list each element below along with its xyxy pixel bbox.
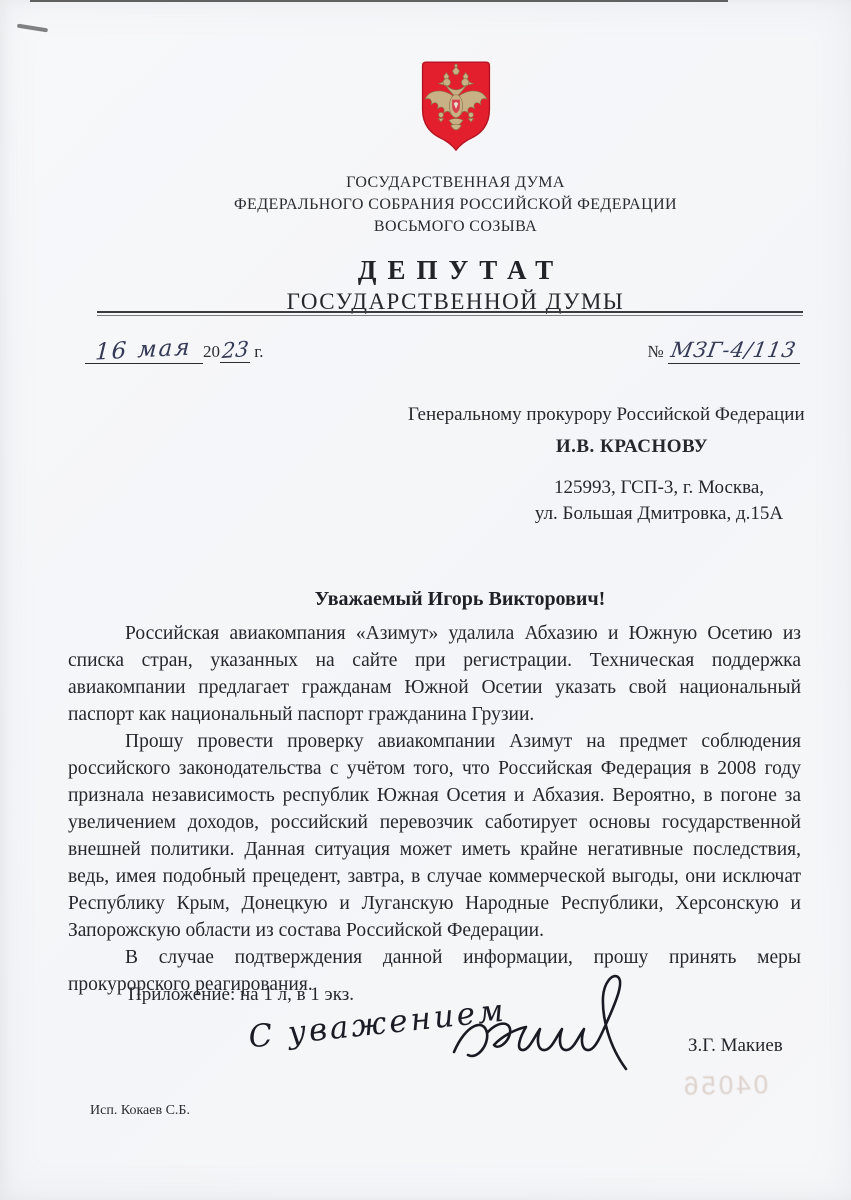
date-underline: 16 мая (85, 337, 203, 364)
org-name-block: ГОСУДАРСТВЕННАЯ ДУМА ФЕДЕРАЛЬНОГО СОБРАН… (30, 172, 851, 238)
date-suffix: г. (254, 342, 263, 361)
date-field: 16 мая2023 г. (85, 337, 264, 364)
number-label: № (648, 342, 664, 361)
handwritten-year: 23 (221, 337, 249, 363)
org-line-2: ФЕДЕРАЛЬНОГО СОБРАНИЯ РОССИЙСКОЙ ФЕДЕРАЦ… (30, 194, 851, 216)
letterhead: ГОСУДАРСТВЕННАЯ ДУМА ФЕДЕРАЛЬНОГО СОБРАН… (30, 60, 851, 315)
signature-flourish-icon (438, 972, 663, 1080)
year-underline: 23 (220, 338, 250, 363)
scan-artifact-corner-mark (17, 24, 48, 32)
letterhead-title: ДЕПУТАТ (30, 255, 851, 286)
attachment-note: Приложение: на 1 л, в 1 экз. (128, 984, 354, 1006)
executor-note: Исп. Кокаев С.Б. (90, 1103, 190, 1119)
org-line-1: ГОСУДАРСТВЕННАЯ ДУМА (30, 172, 851, 194)
recipient-address-line-2: ул. Большая Дмитровка, д.15А (518, 501, 800, 527)
letterhead-divider-rule (97, 311, 803, 316)
salutation: Уважаемый Игорь Викторович! (120, 588, 800, 611)
recipient-name: И.В. КРАСНОВУ (472, 436, 792, 458)
recipient-address: 125993, ГСП-3, г. Москва, ул. Большая Дм… (518, 475, 800, 527)
handwritten-date: 16 мая (92, 334, 196, 365)
bleed-through-watermark: 04056 (652, 1069, 798, 1103)
recipient-address-line-1: 125993, ГСП-3, г. Москва, (518, 475, 800, 501)
body-paragraph-2: Прошу провести проверку авиакомпании Ази… (68, 728, 801, 944)
date-century: 20 (203, 342, 220, 361)
handwritten-number: МЗГ-4/113 (669, 338, 799, 363)
reference-row: 16 мая2023 г. № МЗГ-4/113 (85, 326, 800, 368)
signer-name: З.Г. Макиев (688, 1035, 783, 1057)
recipient-title: Генеральному прокурору Российской Федера… (408, 404, 800, 426)
org-line-3: ВОСЬМОГО СОЗЫВА (30, 216, 851, 238)
letter-body: Российская авиакомпания «Азимут» удалила… (68, 620, 801, 998)
scan-artifact-top-line (30, 0, 728, 2)
number-field: № МЗГ-4/113 (648, 338, 800, 364)
body-paragraph-1: Российская авиакомпания «Азимут» удалила… (68, 620, 801, 728)
scanned-letter-page: ГОСУДАРСТВЕННАЯ ДУМА ФЕДЕРАЛЬНОГО СОБРАН… (0, 0, 851, 1200)
number-underline: МЗГ-4/113 (668, 338, 800, 364)
recipient-block: Генеральному прокурору Российской Федера… (408, 404, 800, 527)
russian-coat-of-arms-icon (412, 60, 500, 154)
